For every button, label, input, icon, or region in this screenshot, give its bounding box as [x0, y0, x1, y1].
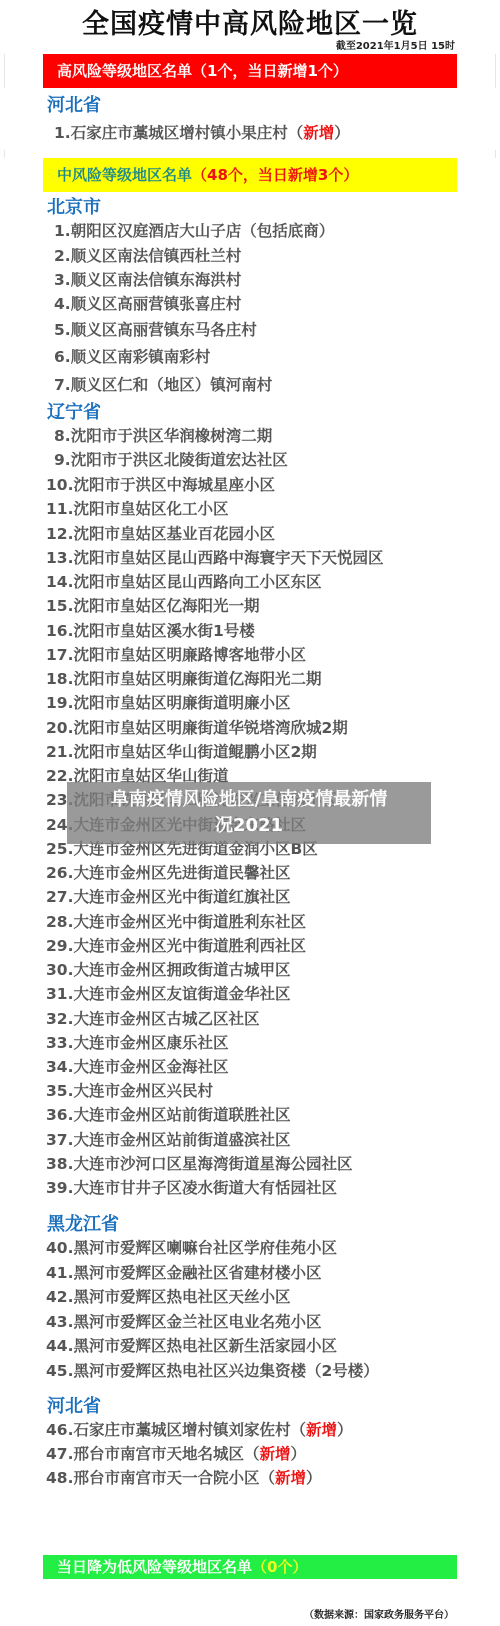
- item-text: 沈阳市皇姑区基业百花园小区: [73, 525, 275, 543]
- item-number: 5.: [54, 321, 71, 339]
- item-number: 10.: [46, 476, 73, 494]
- item-text: 黑河市爱辉区金兰社区电业名苑小区: [73, 1313, 321, 1331]
- item-number: 26.: [46, 864, 73, 882]
- item-text: 顺义区高丽营镇东马各庄村: [71, 321, 257, 339]
- item-number: 42.: [46, 1288, 73, 1306]
- item-number: 27.: [46, 888, 73, 906]
- list-item: 9.沈阳市于洪区北陵街道宏达社区: [54, 448, 288, 470]
- list-item: 5.顺义区高丽营镇东马各庄村: [54, 318, 257, 340]
- new-tag: 新增: [306, 1421, 337, 1439]
- item-number: 7.: [54, 376, 71, 394]
- item-number: 46.: [46, 1421, 73, 1439]
- list-item: 13.沈阳市皇姑区昆山西路中海寰宇天下天悦园区: [46, 546, 383, 568]
- list-item: 8.沈阳市于洪区华润橡树湾二期: [54, 424, 272, 446]
- list-item: 18.沈阳市皇姑区明廉街道亿海阳光二期: [46, 667, 321, 689]
- item-text: 沈阳市于洪区北陵街道宏达社区: [71, 451, 288, 469]
- left-edge-line: [4, 54, 5, 88]
- caption-line-1: 阜南疫情风险地区/阜南疫情最新情: [67, 787, 431, 813]
- timestamp: 截至2021年1月5日 15时: [336, 37, 455, 52]
- low-risk-banner-label: 当日降为低风险等级地区名单: [57, 1558, 252, 1576]
- item-text: 沈阳市皇姑区明廉街道亿海阳光二期: [73, 670, 321, 688]
- list-item: 10.沈阳市于洪区中海城星座小区: [46, 473, 275, 495]
- item-number: 4.: [54, 295, 71, 313]
- item-text: 大连市金州区友谊街道金华社区: [73, 985, 290, 1003]
- item-number: 11.: [46, 500, 73, 518]
- item-text: 沈阳市皇姑区明廉街道华锐塔湾欣城2期: [73, 719, 347, 737]
- list-item: 47.邢台市南宫市天地名城区（新增）: [46, 1442, 306, 1464]
- item-text: 石家庄市藁城区增村镇小果庄村: [71, 124, 288, 142]
- list-item: 36.大连市金州区站前街道联胜社区: [46, 1103, 290, 1125]
- item-text: 朝阳区汉庭酒店大山子店（包括底商）: [71, 222, 335, 240]
- item-text: 大连市金州区拥政街道古城甲区: [73, 961, 290, 979]
- list-item: 32.大连市金州区古城乙区社区: [46, 1007, 259, 1029]
- item-number: 35.: [46, 1082, 73, 1100]
- list-item: 14.沈阳市皇姑区昆山西路向工小区东区: [46, 570, 321, 592]
- item-number: 37.: [46, 1131, 73, 1149]
- item-text: 沈阳市皇姑区明廉街道明廉小区: [73, 694, 290, 712]
- caption-overlay: 阜南疫情风险地区/阜南疫情最新情 况2021: [67, 782, 431, 844]
- item-number: 30.: [46, 961, 73, 979]
- left-edge-line-2: [4, 150, 5, 158]
- item-number: 1.: [54, 124, 71, 142]
- item-number: 32.: [46, 1010, 73, 1028]
- low-risk-banner: 当日降为低风险等级地区名单（0个）: [43, 1555, 457, 1579]
- item-number: 3.: [54, 271, 71, 289]
- item-text: 大连市金州区兴民村: [73, 1082, 213, 1100]
- item-text: 黑河市爱辉区金融社区省建材楼小区: [73, 1264, 321, 1282]
- list-item: 40.黑河市爱辉区喇嘛台社区学府佳苑小区: [46, 1236, 337, 1258]
- list-item: 1.石家庄市藁城区增村镇小果庄村（新增）: [54, 121, 350, 143]
- province-heading: 辽宁省: [47, 398, 101, 424]
- item-text: 石家庄市藁城区增村镇刘家佐村: [73, 1421, 290, 1439]
- item-number: 2.: [54, 247, 71, 265]
- item-text: 黑河市爱辉区喇嘛台社区学府佳苑小区: [73, 1239, 337, 1257]
- item-number: 29.: [46, 937, 73, 955]
- list-item: 4.顺义区高丽营镇张喜庄村: [54, 292, 241, 314]
- item-text: 顺义区南法信镇东海洪村: [71, 271, 242, 289]
- list-item: 7.顺义区仁和（地区）镇河南村: [54, 373, 272, 395]
- item-number: 9.: [54, 451, 71, 469]
- item-text: 大连市金州区先进街道民馨社区: [73, 864, 290, 882]
- item-text: 大连市金州区古城乙区社区: [73, 1010, 259, 1028]
- item-text: 大连市金州区光中街道胜利东社区: [73, 913, 306, 931]
- list-item: 43.黑河市爱辉区金兰社区电业名苑小区: [46, 1310, 321, 1332]
- item-text: 顺义区南彩镇南彩村: [71, 348, 211, 366]
- item-text: 黑河市爱辉区热电社区新生活家园小区: [73, 1337, 337, 1355]
- item-text: 沈阳市皇姑区化工小区: [73, 500, 228, 518]
- item-text: 顺义区仁和（地区）镇河南村: [71, 376, 273, 394]
- list-item: 1.朝阳区汉庭酒店大山子店（包括底商）: [54, 219, 334, 241]
- list-item: 26.大连市金州区先进街道民馨社区: [46, 861, 290, 883]
- item-text: 邢台市南宫市天地名城区: [73, 1445, 244, 1463]
- list-item: 28.大连市金州区光中街道胜利东社区: [46, 910, 306, 932]
- list-item: 6.顺义区南彩镇南彩村: [54, 345, 210, 367]
- new-tag: 新增: [275, 1469, 306, 1487]
- item-text: 沈阳市皇姑区昆山西路向工小区东区: [73, 573, 321, 591]
- item-text: 大连市甘井子区凌水街道大有恬园社区: [73, 1179, 337, 1197]
- list-item: 21.沈阳市皇姑区华山街道鲲鹏小区2期: [46, 740, 317, 762]
- list-item: 16.沈阳市皇姑区溪水街1号楼: [46, 619, 255, 641]
- list-item: 2.顺义区南法信镇西杜兰村: [54, 244, 241, 266]
- list-item: 35.大连市金州区兴民村: [46, 1079, 213, 1101]
- mid-risk-banner: 中风险等级地区名单（48个，当日新增3个）: [43, 158, 457, 192]
- list-item: 39.大连市甘井子区凌水街道大有恬园社区: [46, 1176, 337, 1198]
- list-item: 34.大连市金州区金海社区: [46, 1055, 228, 1077]
- list-item: 20.沈阳市皇姑区明廉街道华锐塔湾欣城2期: [46, 716, 348, 738]
- item-number: 14.: [46, 573, 73, 591]
- list-item: 33.大连市金州区康乐社区: [46, 1031, 228, 1053]
- item-number: 34.: [46, 1058, 73, 1076]
- right-edge-line: [495, 54, 496, 88]
- right-edge-line-2: [495, 150, 496, 158]
- item-text: 黑河市爱辉区热电社区兴边集资楼（2号楼）: [73, 1362, 378, 1380]
- item-text: 沈阳市皇姑区明廉路博客地带小区: [73, 646, 306, 664]
- item-text: 大连市金州区站前街道盛滨社区: [73, 1131, 290, 1149]
- list-item: 41.黑河市爱辉区金融社区省建材楼小区: [46, 1261, 321, 1283]
- list-item: 37.大连市金州区站前街道盛滨社区: [46, 1128, 290, 1150]
- item-text: 沈阳市于洪区中海城星座小区: [73, 476, 275, 494]
- new-tag: 新增: [260, 1445, 291, 1463]
- low-risk-banner-count: （0个）: [252, 1558, 307, 1576]
- list-item: 15.沈阳市皇姑区亿海阳光一期: [46, 594, 259, 616]
- item-number: 40.: [46, 1239, 73, 1257]
- item-text: 顺义区南法信镇西杜兰村: [71, 247, 242, 265]
- item-number: 17.: [46, 646, 73, 664]
- item-text: 沈阳市皇姑区溪水街1号楼: [73, 622, 254, 640]
- item-text: 大连市金州区站前街道联胜社区: [73, 1106, 290, 1124]
- item-number: 36.: [46, 1106, 73, 1124]
- list-item: 17.沈阳市皇姑区明廉路博客地带小区: [46, 643, 306, 665]
- item-text: 大连市金州区光中街道胜利西社区: [73, 937, 306, 955]
- item-number: 44.: [46, 1337, 73, 1355]
- item-number: 12.: [46, 525, 73, 543]
- item-text: 顺义区高丽营镇张喜庄村: [71, 295, 242, 313]
- item-number: 28.: [46, 913, 73, 931]
- item-text: 大连市金州区康乐社区: [73, 1034, 228, 1052]
- caption-line-2: 况2021: [67, 813, 431, 839]
- list-item: 42.黑河市爱辉区热电社区天丝小区: [46, 1285, 290, 1307]
- list-item: 38.大连市沙河口区星海湾街道星海公园社区: [46, 1152, 352, 1174]
- item-text: 沈阳市皇姑区华山街道鲲鹏小区2期: [73, 743, 316, 761]
- item-number: 39.: [46, 1179, 73, 1197]
- item-text: 大连市沙河口区星海湾街道星海公园社区: [73, 1155, 352, 1173]
- page-title: 全国疫情中高风险地区一览: [0, 2, 500, 41]
- item-number: 18.: [46, 670, 73, 688]
- province-heading: 黑龙江省: [47, 1210, 119, 1236]
- item-number: 13.: [46, 549, 73, 567]
- province-heading: 河北省: [47, 1392, 101, 1418]
- item-number: 20.: [46, 719, 73, 737]
- high-risk-banner: 高风险等级地区名单（1个，当日新增1个）: [43, 54, 457, 88]
- item-text: 黑河市爱辉区热电社区天丝小区: [73, 1288, 290, 1306]
- item-number: 33.: [46, 1034, 73, 1052]
- province-heading: 北京市: [47, 193, 101, 219]
- item-text: 邢台市南宫市天一合院小区: [73, 1469, 259, 1487]
- item-number: 31.: [46, 985, 73, 1003]
- item-number: 47.: [46, 1445, 73, 1463]
- item-text: 大连市金州区金海社区: [73, 1058, 228, 1076]
- list-item: 44.黑河市爱辉区热电社区新生活家园小区: [46, 1334, 337, 1356]
- item-text: 沈阳市皇姑区亿海阳光一期: [73, 597, 259, 615]
- province-heading: 河北省: [47, 91, 101, 117]
- list-item: 46.石家庄市藁城区增村镇刘家佐村（新增）: [46, 1418, 353, 1440]
- list-item: 3.顺义区南法信镇东海洪村: [54, 268, 241, 290]
- item-number: 38.: [46, 1155, 73, 1173]
- data-source: （数据来源：国家政务服务平台）: [304, 1606, 454, 1621]
- list-item: 12.沈阳市皇姑区基业百花园小区: [46, 522, 275, 544]
- list-item: 29.大连市金州区光中街道胜利西社区: [46, 934, 306, 956]
- list-item: 31.大连市金州区友谊街道金华社区: [46, 982, 290, 1004]
- item-number: 8.: [54, 427, 71, 445]
- item-number: 41.: [46, 1264, 73, 1282]
- item-number: 15.: [46, 597, 73, 615]
- list-item: 27.大连市金州区光中街道红旗社区: [46, 885, 290, 907]
- list-item: 30.大连市金州区拥政街道古城甲区: [46, 958, 290, 980]
- item-text: 沈阳市皇姑区昆山西路中海寰宇天下天悦园区: [73, 549, 383, 567]
- list-item: 19.沈阳市皇姑区明廉街道明廉小区: [46, 691, 290, 713]
- mid-risk-banner-count: （48个，当日新增3个）: [192, 166, 358, 184]
- item-text: 大连市金州区光中街道红旗社区: [73, 888, 290, 906]
- list-item: 11.沈阳市皇姑区化工小区: [46, 497, 228, 519]
- list-item: 48.邢台市南宫市天一合院小区（新增）: [46, 1466, 322, 1488]
- list-item: 45.黑河市爱辉区热电社区兴边集资楼（2号楼）: [46, 1359, 379, 1381]
- item-number: 6.: [54, 348, 71, 366]
- item-text: 沈阳市于洪区华润橡树湾二期: [71, 427, 273, 445]
- item-number: 1.: [54, 222, 71, 240]
- item-number: 45.: [46, 1362, 73, 1380]
- item-number: 21.: [46, 743, 73, 761]
- mid-risk-banner-label: 中风险等级地区名单: [57, 166, 192, 184]
- item-number: 48.: [46, 1469, 73, 1487]
- item-number: 16.: [46, 622, 73, 640]
- item-number: 19.: [46, 694, 73, 712]
- item-number: 43.: [46, 1313, 73, 1331]
- new-tag: 新增: [303, 124, 334, 142]
